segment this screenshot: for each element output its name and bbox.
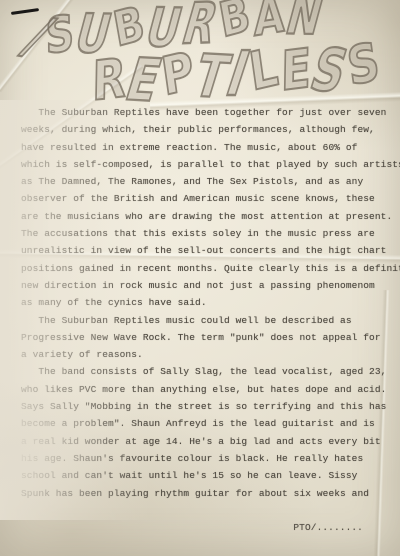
text-line: The accusations that this exists soley i…: [21, 225, 393, 242]
paragraph-3: The band consists of Sally Slag, the lea…: [21, 363, 393, 501]
text-line: who likes PVC more than anything else, b…: [21, 381, 393, 398]
paragraph-1: The Suburban Reptiles have been together…: [21, 104, 393, 312]
text-line: positions gained in recent months. Quite…: [21, 260, 393, 277]
text-line: a variety of reasons.: [21, 346, 393, 363]
text-line: weeks, during which, their public perfor…: [21, 121, 393, 138]
text-line: which is self-composed, is parallel to t…: [21, 156, 393, 173]
text-line: as many of the cynics have said.: [21, 294, 393, 311]
document-scan: /SUBURBAN REPTILESS The Suburban Reptile…: [0, 0, 400, 556]
pto-note: PTO/........: [21, 519, 393, 536]
text-line: unrealistic in view of the sell-out conc…: [21, 242, 393, 259]
text-line: The Suburban Reptiles have been together…: [21, 104, 393, 121]
document-body: The Suburban Reptiles have been together…: [21, 104, 393, 536]
text-line: The Suburban Reptiles music could well b…: [21, 312, 393, 329]
text-line: are the musicians who are drawing the mo…: [21, 208, 393, 225]
text-line: Spunk has been playing rhythm guitar for…: [21, 485, 393, 502]
text-line: as The Damned, The Ramones, and The Sex …: [21, 173, 393, 190]
text-line: Progressive New Wave Rock. The term "pun…: [21, 329, 393, 346]
text-line: Says Sally "Mobbing in the street is so …: [21, 398, 393, 415]
text-line: his age. Shaun's favourite colour is bla…: [21, 450, 393, 467]
text-line: observer of the British and American mus…: [21, 190, 393, 207]
text-line: a real kid wonder at age 14. He's a big …: [21, 433, 393, 450]
text-line: new direction in rock music and not just…: [21, 277, 393, 294]
text-line: The band consists of Sally Slag, the lea…: [21, 363, 393, 380]
text-line: become a problem". Shaun Anfreyd is the …: [21, 415, 393, 432]
paragraph-2: The Suburban Reptiles music could well b…: [21, 312, 393, 364]
text-line: have resulted in extreme reaction. The m…: [21, 139, 393, 156]
text-line: school and can't wait until he's 15 so h…: [21, 467, 393, 484]
